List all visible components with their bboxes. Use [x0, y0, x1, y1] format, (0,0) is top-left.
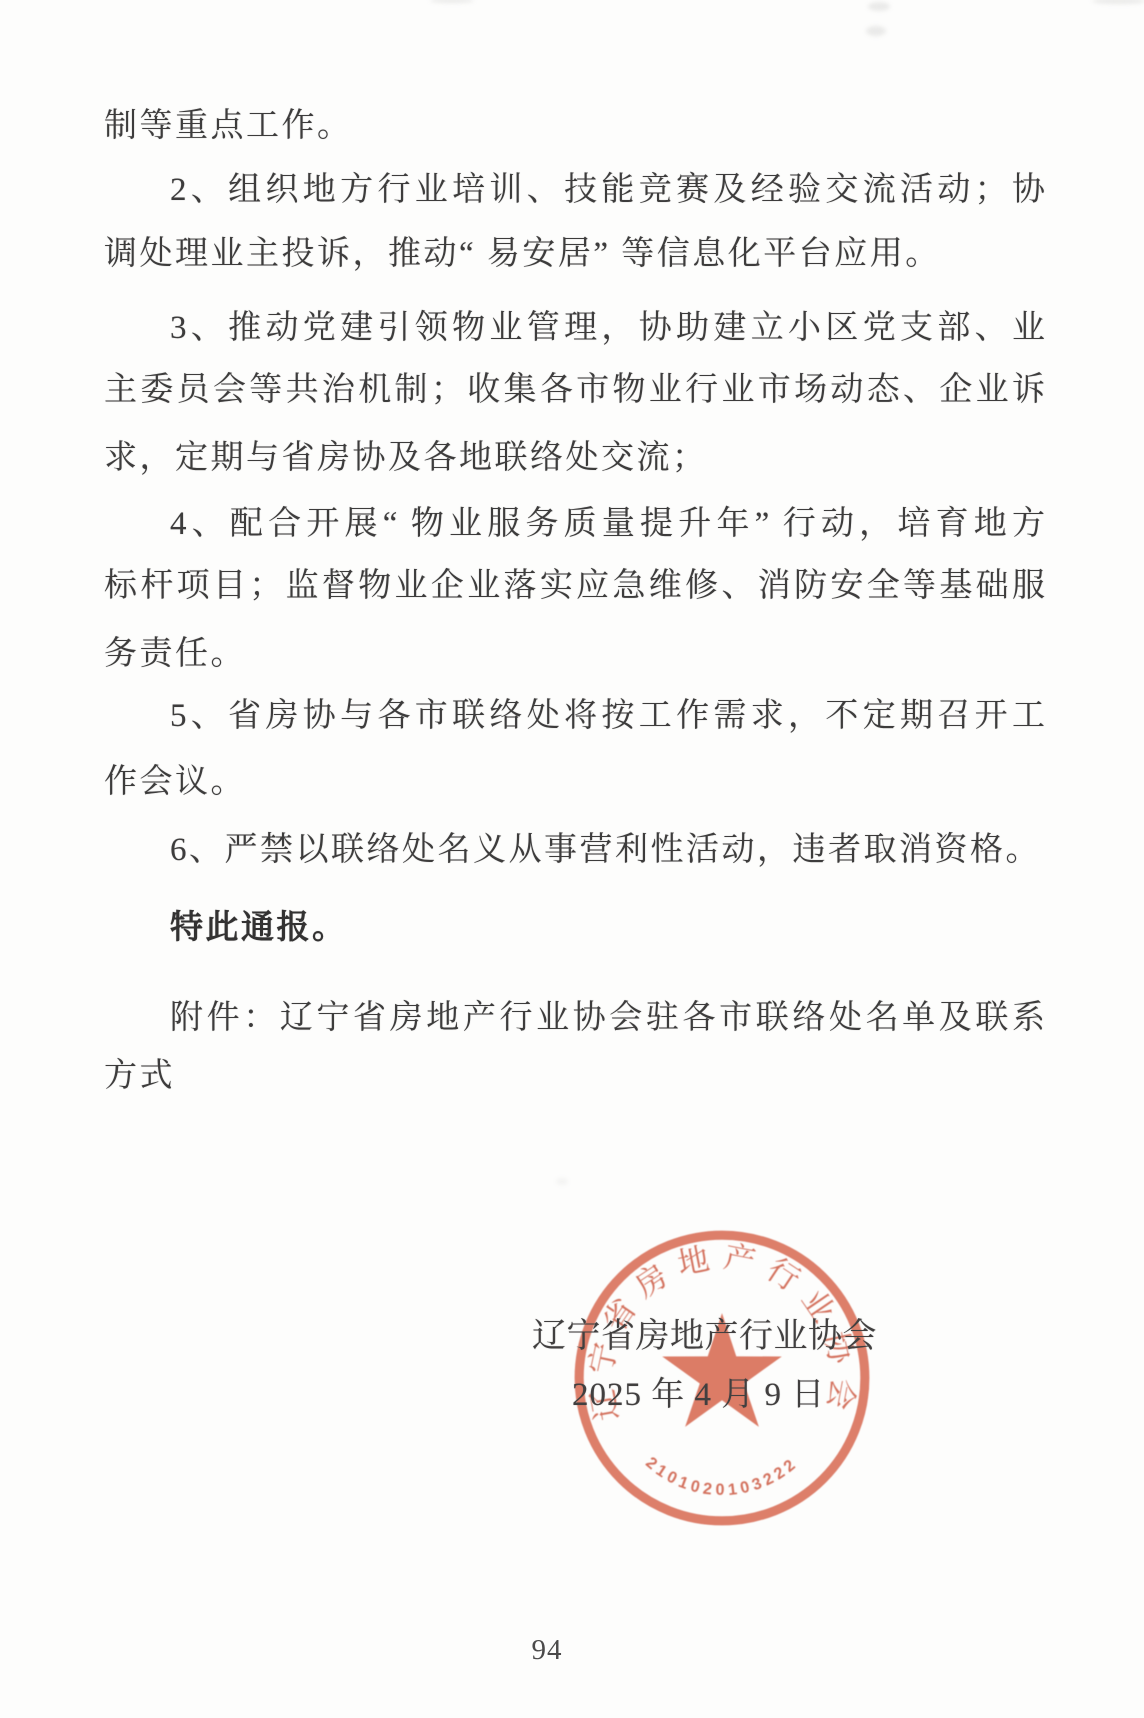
paragraph-line: 调处理业主投诉，推动“ 易安居” 等信息化平台应用。 — [104, 232, 1045, 278]
closing-statement: 特此通报。 — [104, 906, 1045, 952]
issue-date: 2025 年 4 月 9 日 — [572, 1368, 825, 1415]
page-number: 94 — [487, 1634, 607, 1667]
issuer-name: 辽宁省房地产行业协会 — [532, 1308, 892, 1357]
paragraph-line: 6、严禁以联络处名义从事营利性活动，违者取消资格。 — [104, 828, 1045, 874]
paragraph-line: 3、推动党建引领物业管理，协助建立小区党支部、业 — [104, 306, 1045, 352]
scan-smudge — [1092, 0, 1144, 4]
seal-code-text: 2101020103222 — [642, 1454, 802, 1499]
paragraph-line: 求，定期与省房协及各地联络处交流； — [104, 436, 1045, 482]
paragraph-line: 务责任。 — [104, 632, 1045, 678]
paragraph-line: 2、组织地方行业培训、技能竞赛及经验交流活动；协 — [104, 168, 1045, 214]
paragraph-line: 5、省房协与各市联络处将按工作需求，不定期召开工 — [104, 694, 1045, 740]
attachment-line: 附件：辽宁省房地产行业协会驻各市联络处名单及联系 — [104, 996, 1045, 1042]
paragraph-line: 4、配合开展“ 物业服务质量提升年” 行动，培育地方 — [104, 502, 1045, 548]
paragraph-line: 制等重点工作。 — [104, 104, 1045, 150]
paragraph-line: 作会议。 — [104, 760, 1045, 806]
document-body: 制等重点工作。 2、组织地方行业培训、技能竞赛及经验交流活动；协 调处理业主投诉… — [104, 0, 1045, 1120]
document-page: 制等重点工作。 2、组织地方行业培训、技能竞赛及经验交流活动；协 调处理业主投诉… — [0, 0, 1144, 1718]
attachment-line: 方式 — [104, 1054, 1045, 1100]
paragraph-line: 标杆项目；监督物业企业落实应急维修、消防安全等基础服 — [104, 564, 1045, 610]
paragraph-line: 主委员会等共治机制；收集各市物业行业市场动态、企业诉 — [104, 368, 1045, 414]
scan-smudge — [556, 1178, 568, 1185]
